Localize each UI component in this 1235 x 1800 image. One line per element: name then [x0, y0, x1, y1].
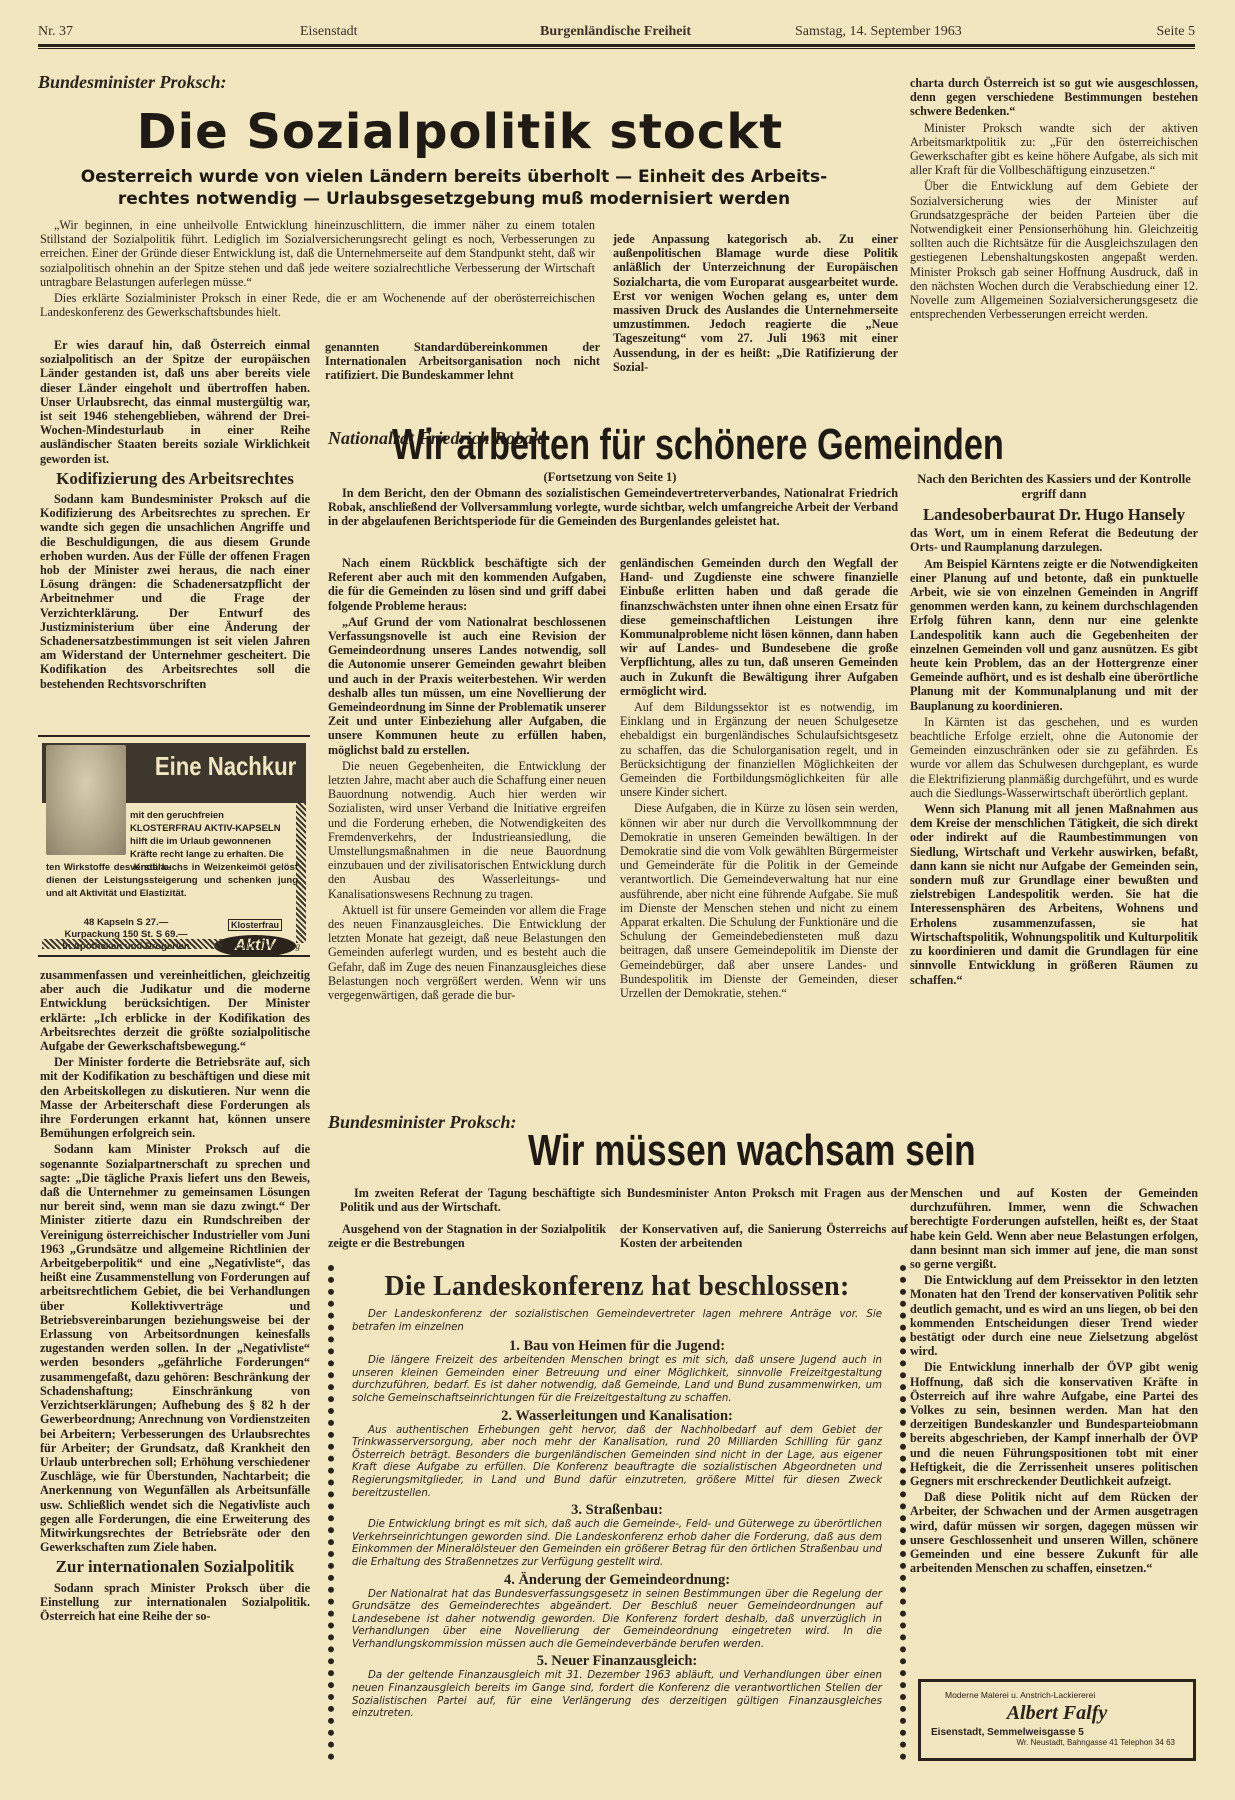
paragraph: Die Entwicklung innerhalb der ÖVP gibt w… — [910, 1360, 1198, 1488]
price: 48 Kapseln S 27.— — [46, 917, 206, 929]
masthead-rule — [38, 44, 1195, 49]
paragraph: Im zweiten Referat der Tagung beschäftig… — [340, 1186, 908, 1214]
article1-col4: charta durch Österreich ist so gut wie a… — [910, 76, 1198, 323]
ad-branch: Wr. Neustadt, Bahngasse 41 Telephon 34 6… — [931, 1738, 1183, 1747]
paragraph: Am Beispiel Kärntens zeigte er die Notwe… — [910, 557, 1198, 713]
falfy-ad[interactable]: Moderne Malerei u. Anstrich-Lackiererei … — [918, 1679, 1196, 1761]
article2-col2: genländischen Gemeinden durch den Wegfal… — [620, 556, 898, 1002]
speaker-name: Landesoberbaurat Dr. Hugo Hansely — [910, 508, 1198, 522]
paragraph: Die Entwicklung auf dem Preissektor in d… — [910, 1273, 1198, 1358]
paragraph: „Auf Grund der vom Nationalrat beschloss… — [328, 615, 606, 757]
klosterfrau-ad[interactable]: Eine Nachkur mit den geruchfreien KLOSTE… — [38, 735, 310, 957]
paragraph: Sodann kam Minister Proksch auf die soge… — [40, 1142, 310, 1554]
issue-number: Nr. 37 — [38, 24, 73, 40]
paragraph: Minister Proksch wandte sich der aktiven… — [910, 121, 1198, 178]
newspaper-page: Nr. 37 Eisenstadt Burgenländische Freihe… — [0, 0, 1235, 1800]
paragraph: Daß diese Politik nicht auf dem Rücken d… — [910, 1490, 1198, 1575]
subhead-line-1: Oesterreich wurde von vielen Ländern ber… — [34, 166, 874, 188]
paragraph: genannten Standardübereinkommen der Inte… — [325, 340, 600, 383]
paragraph: charta durch Österreich ist so gut wie a… — [910, 76, 1198, 119]
resolution-title: 4. Änderung der Gemeindeordnung: — [352, 1572, 882, 1589]
paragraph: zusammenfassen und vereinheitlichen, gle… — [40, 968, 310, 1053]
article3-col1: Ausgehend von der Stagnation in der Sozi… — [328, 1222, 606, 1252]
resolution-body: Aus authentischen Erhebungen geht hervor… — [352, 1425, 882, 1501]
lead-paragraph: Dies erklärte Sozialminister Proksch in … — [40, 291, 595, 319]
paragraph: das Wort, um in einem Referat die Bedeut… — [910, 526, 1198, 554]
paragraph: In Kärnten ist das geschehen, und es wur… — [910, 715, 1198, 800]
paragraph: jede Anpassung kategorisch ab. Zu einer … — [613, 232, 898, 374]
hatch-border — [42, 939, 222, 949]
ad-title: Eine Nachkur — [155, 751, 296, 782]
resolution-title: 1. Bau von Heimen für die Jugend: — [352, 1338, 882, 1355]
page-number: Seite 5 — [1157, 24, 1196, 40]
paragraph: Diese Aufgaben, die in Kürze zu lösen se… — [620, 801, 898, 1000]
paragraph: Die neuen Gegebenheiten, die Entwicklung… — [328, 759, 606, 901]
brand-box: Klosterfrau — [228, 919, 282, 931]
article2-lead: In dem Bericht, den der Obmann des sozia… — [328, 486, 898, 531]
article2-headline: Wir arbeiten für schönere Gemeinden — [392, 420, 1004, 470]
paragraph: genländischen Gemeinden durch den Wegfal… — [620, 556, 898, 698]
ad-tagline: Moderne Malerei u. Anstrich-Lackiererei — [931, 1690, 1183, 1700]
subhead-line-2: rechtes notwendig — Urlaubsgesetzgebung … — [34, 188, 874, 210]
resolution-title: 5. Neuer Finanzausgleich: — [352, 1653, 882, 1670]
resolution-title: 3. Straßenbau: — [352, 1502, 882, 1519]
resolution-body: Da der geltende Finanzausgleich mit 31. … — [352, 1670, 882, 1720]
paragraph: Aktuell ist für unsere Gemeinden vor all… — [328, 903, 606, 1002]
ad-text: ten Wirkstoffe des Knoblauchs in Weizenk… — [46, 861, 298, 900]
paragraph: Der Minister forderte die Betriebsräte a… — [40, 1055, 310, 1140]
paragraph: In dem Bericht, den der Obmann des sozia… — [328, 486, 898, 529]
paragraph: Über die Entwicklung auf dem Gebiete der… — [910, 179, 1198, 321]
ad-signature: nach Dr. Dreierberg — [227, 941, 300, 951]
paragraph: Sodann kam Bundesminister Proksch auf di… — [40, 492, 310, 691]
ad-business-name: Albert Falfy — [931, 1702, 1183, 1725]
article2-col1: Nach einem Rückblick beschäftigte sich d… — [328, 556, 606, 1004]
article3-col3: Menschen und auf Kosten der Gemeinden du… — [910, 1186, 1198, 1577]
paragraph: Er wies darauf hin, daß Österreich einma… — [40, 338, 310, 466]
resolution-title: 2. Wasserleitungen und Kanalisation: — [352, 1408, 882, 1425]
resolution-body: Der Nationalrat hat das Bundesverfassung… — [352, 1589, 882, 1652]
article1-col1: Er wies darauf hin, daß Österreich einma… — [40, 338, 310, 693]
article2-col3: Nach den Berichten des Kassiers und der … — [910, 472, 1198, 989]
paragraph: Wenn sich Planung mit all jenen Maßnahme… — [910, 802, 1198, 987]
city: Eisenstadt — [300, 24, 358, 40]
article1-col3: jede Anpassung kategorisch ab. Zu einer … — [613, 232, 898, 376]
resolution-body: Die Entwicklung bringt es mit sich, daß … — [352, 1519, 882, 1569]
article3-lead: Im zweiten Referat der Tagung beschäftig… — [340, 1186, 908, 1216]
intro-line: Nach den Berichten des Kassiers und der … — [910, 472, 1198, 502]
section-heading: Kodifizierung des Arbeitsrechtes — [40, 472, 310, 486]
paragraph: Sodann sprach Minister Proksch über die … — [40, 1581, 310, 1624]
paragraph: Auf dem Bildungssektor ist es notwendig,… — [620, 700, 898, 799]
resolution-body: Die längere Freizeit des arbeitenden Men… — [352, 1355, 882, 1405]
woman-portrait-image — [46, 745, 126, 855]
lead-paragraph: „Wir beginnen, in eine unheilvolle Entwi… — [40, 218, 595, 289]
paragraph: der Konservativen auf, die Sanierung Öst… — [620, 1222, 908, 1250]
masthead: Nr. 37 Eisenstadt Burgenländische Freihe… — [38, 18, 1195, 42]
paragraph: Menschen und auf Kosten der Gemeinden du… — [910, 1186, 1198, 1271]
article1-col1-cont: zusammenfassen und vereinheitlichen, gle… — [40, 968, 310, 1625]
landeskonferenz-box: Die Landeskonferenz hat beschlossen: Der… — [328, 1265, 906, 1760]
article3-kicker: Bundesminister Proksch: — [328, 1112, 517, 1133]
section-heading: Zur internationalen Sozialpolitik — [40, 1560, 310, 1574]
paper-name: Burgenländische Freiheit — [540, 24, 691, 40]
article1-headline: Die Sozialpolitik stockt — [60, 104, 860, 160]
paragraph: Nach einem Rückblick beschäftigte sich d… — [328, 556, 606, 613]
ad-address: Eisenstadt, Semmelweisgasse 5 — [931, 1727, 1183, 1738]
continuation-note: (Fortsetzung von Seite 1) — [325, 470, 895, 485]
paragraph: Ausgehend von der Stagnation in der Sozi… — [328, 1222, 606, 1250]
box-title: Die Landeskonferenz hat beschlossen: — [352, 1271, 882, 1303]
article1-subhead: Oesterreich wurde von vielen Ländern ber… — [34, 166, 874, 210]
issue-date: Samstag, 14. September 1963 — [795, 24, 962, 40]
article1-lead: „Wir beginnen, in eine unheilvolle Entwi… — [40, 218, 595, 321]
article3-headline: Wir müssen wachsam sein — [528, 1126, 976, 1176]
article3-col2: der Konservativen auf, die Sanierung Öst… — [620, 1222, 908, 1252]
article1-col2: genannten Standardübereinkommen der Inte… — [325, 340, 600, 385]
box-intro: Der Landeskonferenz der sozialistischen … — [352, 1309, 882, 1334]
article1-kicker: Bundesminister Proksch: — [38, 72, 227, 93]
